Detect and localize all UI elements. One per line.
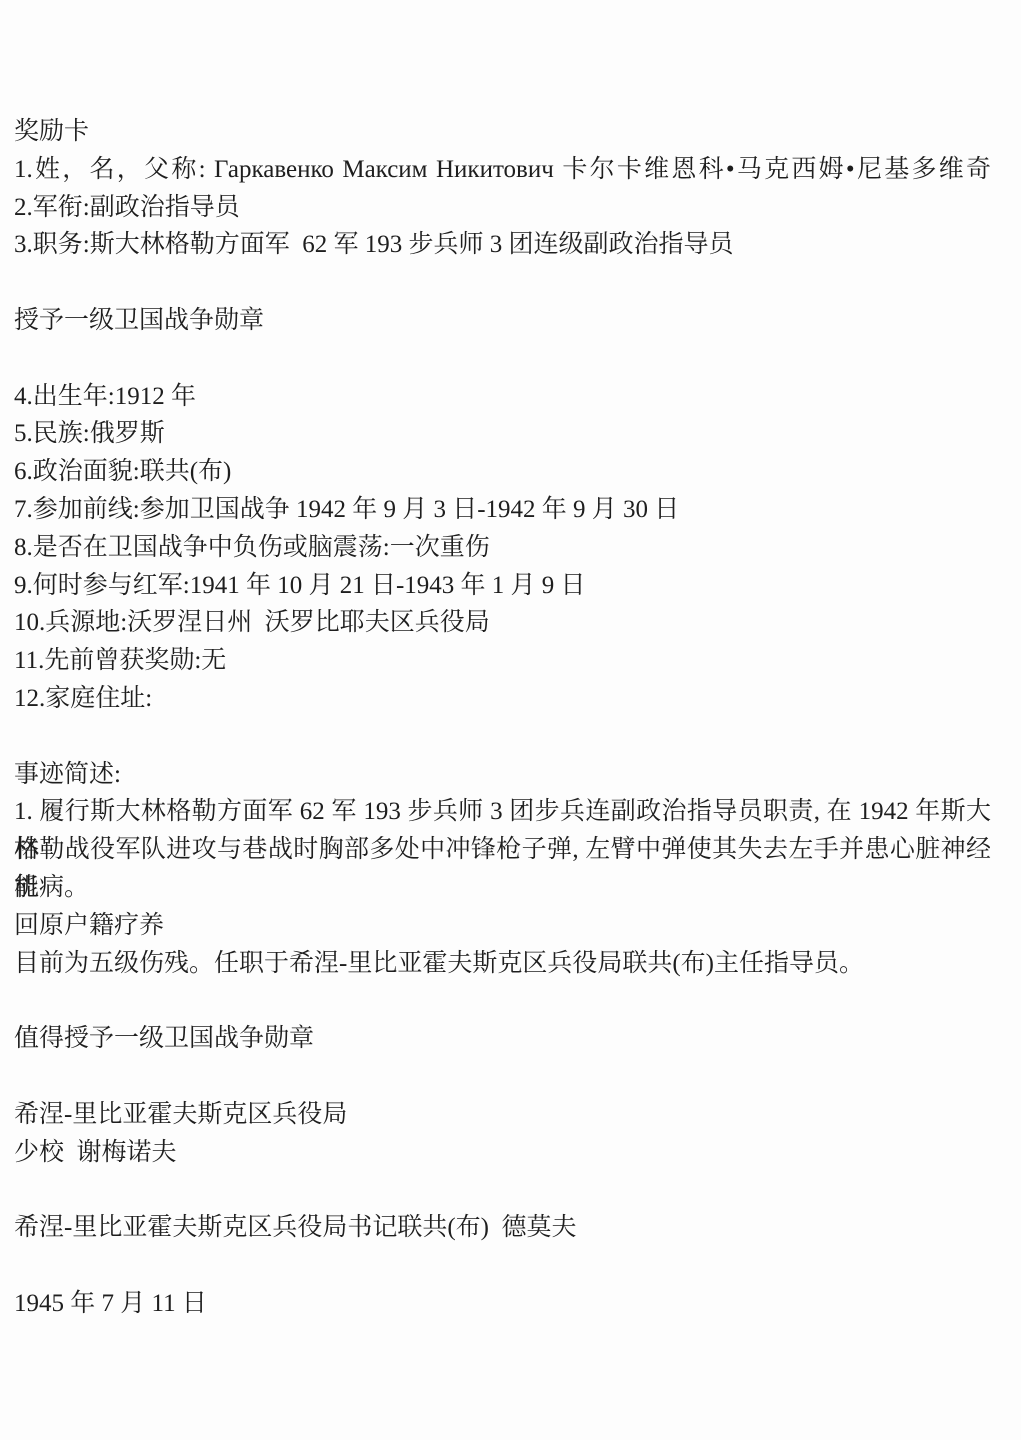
merit-paragraph-line-2: 格勒战役军队进攻与巷战时胸部多处中冲锋枪子弹, 左臂中弹使其失去左手并患心脏神经… [14,831,991,869]
doc-title: 奖励卡 [14,113,991,151]
field-nationality: 5.民族:俄罗斯 [14,415,991,453]
rehab-statement: 回原户籍疗养 [14,907,991,945]
field-wounds: 8.是否在卫国战争中负伤或脑震荡:一次重伤 [14,529,991,567]
blank-line [14,1171,991,1209]
award-statement: 授予一级卫国战争勋章 [14,302,991,340]
field-party-status: 6.政治面貌:联共(布) [14,453,991,491]
field-red-army-service: 9.何时参与红军:1941 年 10 月 21 日-1943 年 1 月 9 日 [14,567,991,605]
award-card-document: 奖励卡 1.姓，名，父称: Гаркавенко Максим Никитови… [0,0,1021,1440]
merit-paragraph-line-1: 1. 履行斯大林格勒方面军 62 军 193 步兵师 3 团步兵连副政治指导员职… [14,793,991,831]
merit-heading: 事迹简述: [14,756,991,794]
field-prior-awards: 11.先前曾获奖勋:无 [14,642,991,680]
disability-status-statement: 目前为五级伤残。任职于希涅-里比亚霍夫斯克区兵役局联共(布)主任指导员。 [14,945,991,983]
blank-line [14,264,991,302]
field-home-address: 12.家庭住址: [14,680,991,718]
field-front-service: 7.参加前线:参加卫国战争 1942 年 9 月 3 日-1942 年 9 月 … [14,491,991,529]
field-name: 1.姓，名，父称: Гаркавенко Максим Никитович 卡尔… [14,151,991,189]
blank-line [14,1058,991,1096]
field-rank: 2.军衔:副政治指导员 [14,189,991,227]
signature-officer: 少校 谢梅诺夫 [14,1134,991,1172]
document-date: 1945 年 7 月 11 日 [14,1285,991,1323]
field-conscription-place: 10.兵源地:沃罗涅日州 沃罗比耶夫区兵役局 [14,604,991,642]
field-position: 3.职务:斯大林格勒方面军 62 军 193 步兵师 3 团连级副政治指导员 [14,226,991,264]
signature-secretary: 希涅-里比亚霍夫斯克区兵役局书记联共(布) 德莫夫 [14,1209,991,1247]
signature-office: 希涅-里比亚霍夫斯克区兵役局 [14,1096,991,1134]
blank-line [14,1247,991,1285]
blank-line [14,340,991,378]
blank-line [14,982,991,1020]
merit-paragraph-line-3: 能病。 [14,869,991,907]
blank-line [14,718,991,756]
field-birth-year: 4.出生年:1912 年 [14,378,991,416]
recommendation-statement: 值得授予一级卫国战争勋章 [14,1020,991,1058]
